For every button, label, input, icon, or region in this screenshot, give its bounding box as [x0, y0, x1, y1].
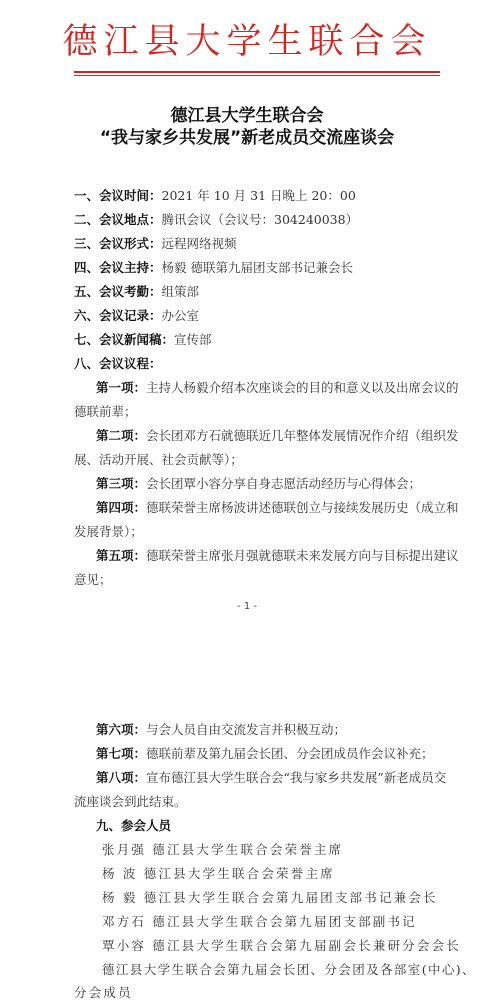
attendee-item: 德江县大学生联合会第九届会长团、分会团及各部室(中心)、 [102, 962, 476, 978]
letterhead-rule-thin [74, 75, 440, 76]
attendee-item: 张月强 德江县大学生联合会荣誉主席 [102, 842, 343, 858]
detail-label: 二、会议地点： [74, 212, 162, 227]
agenda-item-2: 第二项：会长团邓方石就德联近几年整体发展情况作介绍（组织发 [96, 428, 459, 444]
detail-label: 三、会议形式： [74, 236, 162, 251]
agenda-label: 第一项： [96, 380, 146, 395]
detail-label: 六、会议记录： [74, 308, 162, 323]
document-title-line1: 德江县大学生联合会 [0, 105, 494, 127]
agenda-text: 德联前辈及第九届会长团、分会团成员作会议补充； [146, 746, 434, 761]
agenda-text: 德联荣誉主席张月强就德联未来发展方向与目标提出建议 [146, 548, 459, 563]
detail-location: 二、会议地点：腾讯会议（会议号：304240038） [74, 212, 358, 228]
agenda-text: 宣布德江县大学生联合会“我与家乡共发展”新老成员交 [146, 770, 446, 785]
agenda-item-6: 第六项：与会人员自由交流发言并积极互动； [96, 722, 346, 738]
detail-label: 一、会议时间： [74, 188, 162, 203]
attendee-item: 杨 毅 德江县大学生联合会第九届团支部书记兼会长 [102, 890, 438, 906]
agenda-item-2-cont: 展、活动开展、社会贡献等）； [74, 452, 243, 468]
agenda-item-5-cont: 意见； [74, 572, 112, 588]
detail-time: 一、会议时间：2021 年 10 月 31 日晚上 20：00 [74, 188, 356, 204]
detail-label: 八、会议议程： [74, 356, 162, 371]
agenda-text: 会长团邓方石就德联近几年整体发展情况作介绍（组织发 [146, 428, 459, 443]
detail-value: 组策部 [162, 284, 200, 299]
document-title-line2: “我与家乡共发展”新老成员交流座谈会 [0, 127, 494, 149]
agenda-label: 第四项： [96, 500, 146, 515]
detail-value: 杨毅 德联第九届团支部书记兼会长 [162, 260, 353, 275]
agenda-label: 第七项： [96, 746, 146, 761]
attendee-item: 邓方石 德江县大学生联合会第九届团支部副书记 [102, 914, 417, 930]
document-page: 德江县大学生联合会 德江县大学生联合会 “我与家乡共发展”新老成员交流座谈会 一… [0, 0, 494, 1000]
detail-value: 腾讯会议（会议号：304240038） [162, 212, 359, 227]
agenda-item-4-cont: 发展背景）； [74, 524, 143, 540]
agenda-label: 第三项： [96, 476, 146, 491]
agenda-label: 第二项： [96, 428, 146, 443]
detail-agenda-heading: 八、会议议程： [74, 356, 162, 372]
detail-label: 五、会议考勤： [74, 284, 162, 299]
agenda-item-1-cont: 德联前辈； [74, 404, 137, 420]
agenda-text: 与会人员自由交流发言并积极互动； [146, 722, 346, 737]
detail-press: 七、会议新闻稿：宣传部 [74, 332, 212, 348]
agenda-item-5: 第五项：德联荣誉主席张月强就德联未来发展方向与目标提出建议 [96, 548, 459, 564]
agenda-item-8: 第八项：宣布德江县大学生联合会“我与家乡共发展”新老成员交 [96, 770, 446, 786]
detail-value: 宣传部 [174, 332, 212, 347]
detail-label: 七、会议新闻稿： [74, 332, 174, 347]
attendee-item: 覃小容 德江县大学生联合会第九届副会长兼研分会会长 [102, 938, 461, 954]
detail-minutes: 六、会议记录：办公室 [74, 308, 199, 324]
agenda-item-8-cont: 流座谈会到此结束。 [74, 794, 187, 810]
agenda-text: 德联荣誉主席杨波讲述德联创立与接续发展历史（成立和 [146, 500, 459, 515]
attendee-item: 杨 波 德江县大学生联合会荣誉主席 [102, 866, 335, 882]
attendee-item-cont: 分会成员 [74, 985, 133, 1000]
agenda-text: 主持人杨毅介绍本次座谈会的目的和意义以及出席会议的 [146, 380, 459, 395]
detail-value: 办公室 [162, 308, 200, 323]
agenda-text: 会长团覃小容分享自身志愿活动经历与心得体会； [146, 476, 421, 491]
agenda-label: 第六项： [96, 722, 146, 737]
attendees-heading: 九、参会人员 [96, 818, 171, 834]
detail-attendance: 五、会议考勤：组策部 [74, 284, 199, 300]
detail-format: 三、会议形式：远程网络视频 [74, 236, 237, 252]
page-number: - 1 - [0, 601, 494, 612]
agenda-item-3: 第三项：会长团覃小容分享自身志愿活动经历与心得体会； [96, 476, 421, 492]
detail-label: 四、会议主持： [74, 260, 162, 275]
detail-value: 2021 年 10 月 31 日晚上 20：00 [162, 188, 356, 203]
agenda-item-4: 第四项：德联荣誉主席杨波讲述德联创立与接续发展历史（成立和 [96, 500, 459, 516]
detail-host: 四、会议主持：杨毅 德联第九届团支部书记兼会长 [74, 260, 353, 276]
letterhead-rule-thick [74, 71, 440, 73]
agenda-label: 第五项： [96, 548, 146, 563]
agenda-label: 第八项： [96, 770, 146, 785]
agenda-item-7: 第七项：德联前辈及第九届会长团、分会团成员作会议补充； [96, 746, 434, 762]
letterhead-org-name: 德江县大学生联合会 [0, 22, 494, 62]
detail-value: 远程网络视频 [162, 236, 237, 251]
agenda-item-1: 第一项：主持人杨毅介绍本次座谈会的目的和意义以及出席会议的 [96, 380, 459, 396]
